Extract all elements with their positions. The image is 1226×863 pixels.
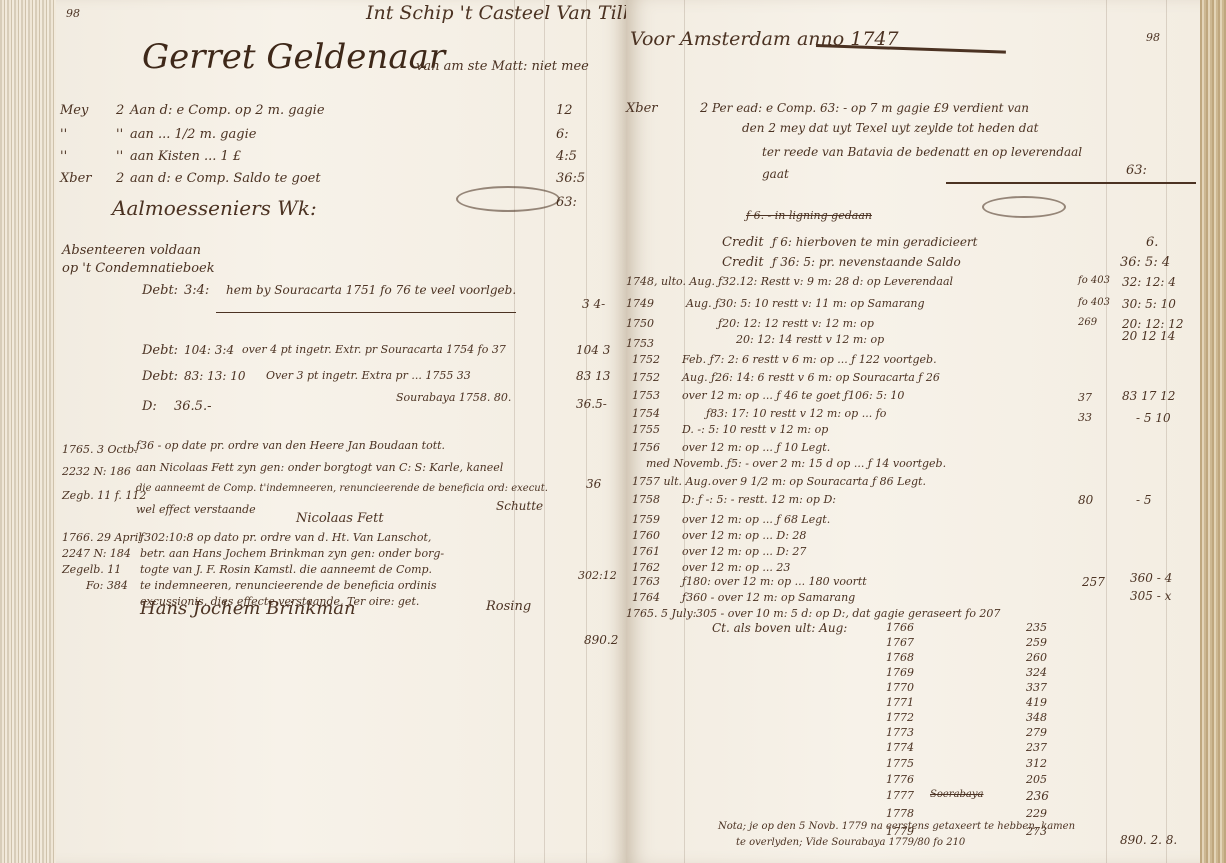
attestation-ref: Zegb. 11 f. 112: [62, 490, 146, 501]
entry-month: '': [60, 150, 67, 163]
entry-year: 1756: [632, 442, 660, 453]
entry-text: D: ƒ -: 5: - restt. 12 m: op D:: [682, 494, 836, 505]
attestation-line: ƒ36 - op date pr. ordre van den Heere Ja…: [136, 440, 445, 451]
entry-text: aan d: e Comp. Saldo te goet: [130, 172, 321, 185]
entry-year: 1764: [632, 592, 660, 603]
entry-amount: 4:5: [556, 150, 577, 163]
entry-year: 1753: [626, 338, 654, 349]
row-folio: 229: [1026, 808, 1047, 819]
page-edges-right: [1200, 0, 1226, 863]
entry-text: over 12 m: op ... 23: [682, 562, 790, 573]
continuation-label: Ct. als boven ult: Aug:: [712, 622, 847, 634]
debit-amount: 36.5.-: [174, 400, 211, 413]
row-year: 1768: [886, 652, 914, 663]
entry-year: 1759: [632, 514, 660, 525]
struck-entry: ƒ 6. - in ligning gedaan: [746, 210, 872, 221]
credit-text: ƒ 36: 5: pr. nevenstaande Saldo: [772, 256, 961, 268]
entry-year: 1760: [632, 530, 660, 541]
nota-line2: te overlyden; Vide Sourabaya 1779/80 fo …: [736, 838, 965, 848]
row-folio: 259: [1026, 637, 1047, 648]
right-page: Voor Amsterdam anno 1747 98 Xber 2 Per e…: [626, 0, 1202, 863]
entry-text: aan Kisten ... 1 £: [130, 150, 241, 163]
entry-line: den 2 mey dat uyt Texel uyt zeylde tot h…: [742, 122, 1038, 134]
entry-amount: 360 - 4: [1130, 572, 1172, 584]
debit-label: Debt:: [142, 344, 178, 357]
entry-folio: 80: [1078, 494, 1093, 506]
entry-text: Aug. ƒ26: 14: 6 restt v 6 m: op Souracar…: [682, 372, 940, 383]
entry-amount: 63:: [1126, 164, 1147, 177]
entry-year: 1762: [632, 562, 660, 573]
entry-text: over 12 m: op ... ƒ 46 te goet ƒ106: 5: …: [682, 390, 904, 401]
debit-amount: 3:4:: [184, 284, 209, 297]
entry-folio: fo 403: [1078, 298, 1110, 308]
ledger-book: 98 Int Schip 't Casteel Van Tilburg Gerr…: [0, 0, 1226, 863]
continuation-row: 1770337: [886, 682, 1106, 697]
entry-year: 1755: [632, 424, 660, 435]
continuation-row: 1773279: [886, 727, 1106, 742]
entry-text: ƒ20: 12: 12 restt v: 12 m: op: [718, 318, 874, 329]
page-number-left: 98: [66, 8, 80, 19]
nota-line1: Nota; je op den 5 Novb. 1779 na eerstens…: [718, 822, 1075, 832]
page-total-left: 890.2: [584, 634, 618, 646]
person-role: van am ste Matt: niet mee: [416, 60, 589, 73]
attestation-margin: 302:12: [578, 570, 617, 581]
entry-day: 2: [700, 102, 708, 115]
row-folio: 312: [1026, 758, 1047, 769]
entry-year: 1763: [632, 576, 660, 587]
row-folio: 337: [1026, 682, 1047, 693]
attestation-line: betr. aan Hans Jochem Brinkman zyn gen: …: [140, 548, 444, 559]
person-name: Gerret Geldenaar: [142, 40, 445, 74]
entry-amount: - 5: [1136, 494, 1152, 506]
entry-amount: 36:5: [556, 172, 585, 185]
debit-label: Debt:: [142, 370, 178, 383]
flourish: [456, 186, 560, 212]
entry-year: 1761: [632, 546, 660, 557]
subheading: Aalmoesseniers Wk:: [112, 198, 317, 218]
row-folio: 205: [1026, 774, 1047, 785]
row-year: 1776: [886, 774, 914, 785]
entry-line: gaat: [762, 168, 789, 180]
witness-signature: Rosing: [486, 600, 531, 613]
attestation-ref: 1765. 3 Octb.: [62, 444, 138, 455]
row-folio: 324: [1026, 667, 1047, 678]
entry-amount: - 5 10: [1136, 412, 1171, 424]
entry-year: 1753: [632, 390, 660, 401]
witness-signature: Schutte: [496, 500, 543, 512]
entry-year: 1749: [626, 298, 654, 309]
entry-amount: 30: 5: 10: [1122, 298, 1176, 310]
row-year: 1769: [886, 667, 914, 678]
row-folio: 419: [1026, 697, 1047, 708]
attestation-line: ƒ302:10:8 op dato pr. ordre van d. Ht. V…: [140, 532, 431, 543]
entry-amount: 305 - x: [1130, 590, 1171, 602]
ship-line: Int Schip 't Casteel Van Tilburg: [366, 4, 668, 23]
entry-folio: fo 403: [1078, 276, 1110, 286]
entry-text: ƒ32.12: Restt v: 9 m: 28 d: op Leverenda…: [718, 276, 953, 287]
absentee-note-line1: Absenteeren voldaan: [62, 244, 201, 257]
entry-day: '': [116, 150, 123, 163]
attestation-ref: Fo: 384: [86, 580, 128, 591]
entry-text: med Novemb. ƒ5: - over 2 m: 15 d op ... …: [646, 458, 946, 469]
row-year: 1775: [886, 758, 914, 769]
row-folio: 235: [1026, 622, 1047, 633]
entry-day: 2: [116, 172, 124, 185]
entry-folio: 257: [1082, 576, 1105, 588]
attestation-line: te indemneeren, renuncieerende de benefi…: [140, 580, 437, 591]
row-folio: 236: [1026, 790, 1049, 802]
continuation-row: 1777Soerabaya236: [886, 790, 1106, 808]
underline: [216, 312, 516, 313]
debit-amount: 104: 3:4: [184, 344, 234, 356]
entry-text: 305 - over 10 m: 5 d: op D:, dat gagie g…: [696, 608, 1000, 619]
entry-month: Xber: [60, 172, 91, 185]
entry-year: 1754: [632, 408, 660, 419]
entry-amount: 20 12 14: [1122, 330, 1175, 342]
continuation-row: 1771419: [886, 697, 1106, 712]
absentee-note-line2: op 't Condemnatieboek: [62, 262, 215, 275]
entry-text: Aan d: e Comp. op 2 m. gagie: [130, 104, 325, 117]
row-note: Soerabaya: [930, 790, 984, 800]
entry-year: 1765. 5 July:: [626, 608, 696, 619]
entry-text: over 12 m: op ... D: 28: [682, 530, 806, 541]
credit-amount: 6.: [1146, 236, 1158, 249]
entry-text: over 12 m: op ... ƒ 10 Legt.: [682, 442, 830, 453]
credit-label: Credit: [722, 256, 764, 269]
debit-label: Debt:: [142, 284, 178, 297]
debit-text: Over 3 pt ingetr. Extra pr ... 1755 33: [266, 370, 471, 381]
debit-margin: 3 4-: [582, 298, 605, 310]
continuation-row: 1772348: [886, 712, 1106, 727]
entry-day: 2: [116, 104, 124, 117]
continuation-row: 1766235: [886, 622, 1106, 637]
entry-year: 1758: [632, 494, 660, 505]
attestation-ref: 1766. 29 April: [62, 532, 142, 543]
entry-year: 1752: [632, 372, 660, 383]
entry-month: Mey: [60, 104, 88, 117]
row-year: 1771: [886, 697, 914, 708]
debit-margin: 104 3: [576, 344, 610, 356]
page-edges-left: [0, 0, 60, 863]
continuation-row: 1768260: [886, 652, 1106, 667]
credit-text: ƒ 6: hierboven te min geradicieert: [772, 236, 978, 248]
entry-year: 1752: [632, 354, 660, 365]
entry-line: ter reede van Batavia de bedenatt en op …: [762, 146, 1082, 158]
credit-label: Credit: [722, 236, 764, 249]
row-year: 1773: [886, 727, 914, 738]
entry-folio: 33: [1078, 412, 1092, 423]
attestation-ref: 2247 N: 184: [62, 548, 131, 559]
entry-text: ƒ83: 17: 10 restt v 12 m: op ... fo: [706, 408, 886, 419]
debit-label: D:: [142, 400, 157, 413]
debit-text: hem by Souracarta 1751 fo 76 te veel voo…: [226, 284, 516, 296]
continuation-rows: 1766235 1767259 1768260 1769324 1770337 …: [886, 622, 1106, 844]
entry-year: 1748, ulto. Aug.: [626, 276, 715, 287]
entry-amount: 32: 12: 4: [1122, 276, 1176, 288]
attestation-ref: 2232 N: 186: [62, 466, 131, 477]
attestation-line: aan Nicolaas Fett zyn gen: onder borgtog…: [136, 462, 503, 473]
entry-text: Aug. ƒ30: 5: 10 restt v: 11 m: op Samara…: [686, 298, 925, 309]
entry-text: ƒ180: over 12 m: op ... 180 voortt: [682, 576, 867, 587]
entry-text: aan ... 1/2 m. gagie: [130, 128, 256, 141]
entry-amount: 83 17 12: [1122, 390, 1175, 402]
attestation-line: die aanneemt de Comp. t'indemneeren, ren…: [136, 484, 548, 494]
row-year: 1778: [886, 808, 914, 819]
row-year: 1766: [886, 622, 914, 633]
entry-text: D. -: 5: 10 restt v 12 m: op: [682, 424, 828, 435]
entry-year: 1750: [626, 318, 654, 329]
attestation-line: togte van J. F. Rosin Kamstl. die aannee…: [140, 564, 432, 575]
continuation-row: 1769324: [886, 667, 1106, 682]
entry-amount: 12: [556, 104, 573, 117]
entry-year: 1757 ult. Aug.: [632, 476, 711, 487]
entry-day: '': [116, 128, 123, 141]
signature: Hans Jochem Brinkman: [140, 600, 356, 618]
entry-text: over 9 1/2 m: op Souracarta ƒ 86 Legt.: [712, 476, 926, 487]
row-year: 1767: [886, 637, 914, 648]
debit-margin: 36.5-: [576, 398, 607, 410]
entry-text: 20: 12: 14 restt v 12 m: op: [736, 334, 884, 345]
row-folio: 348: [1026, 712, 1047, 723]
debit-amount: 83: 13: 10: [184, 370, 246, 382]
attestation-margin: 36: [586, 478, 601, 490]
page-number-right: 98: [1146, 32, 1160, 43]
entry-folio: 269: [1078, 318, 1097, 328]
entry-line: Per ead: e Comp. 63: - op 7 m gagie £9 v…: [712, 102, 1029, 114]
entry-month: '': [60, 128, 67, 141]
entry-amount: 6:: [556, 128, 569, 141]
row-year: 1772: [886, 712, 914, 723]
debit-text: Sourabaya 1758. 80.: [396, 392, 511, 403]
entry-month: Xber: [626, 102, 657, 115]
row-folio: 237: [1026, 742, 1047, 753]
left-page: 98 Int Schip 't Casteel Van Tilburg Gerr…: [56, 0, 626, 863]
entry-folio: 37: [1078, 392, 1092, 403]
row-folio: 260: [1026, 652, 1047, 663]
entry-text: over 12 m: op ... ƒ 68 Legt.: [682, 514, 830, 525]
credit-amount: 36: 5: 4: [1120, 256, 1170, 269]
debit-text: over 4 pt ingetr. Extr. pr Souracarta 17…: [242, 344, 506, 355]
continuation-row: 1775312: [886, 758, 1106, 774]
row-year: 1770: [886, 682, 914, 693]
entry-text: over 12 m: op ... D: 27: [682, 546, 806, 557]
continuation-row: 1774237: [886, 742, 1106, 758]
row-year: 1777: [886, 790, 914, 801]
entry-text: ƒ360 - over 12 m: op Samarang: [682, 592, 855, 603]
continuation-row: 1767259: [886, 637, 1106, 652]
debit-margin: 83 13: [576, 370, 610, 382]
flourish: [982, 196, 1066, 218]
row-year: 1774: [886, 742, 914, 753]
continuation-row: 1776205: [886, 774, 1106, 790]
row-folio: 279: [1026, 727, 1047, 738]
attestation-line: wel effect verstaande: [136, 504, 256, 515]
signature: Nicolaas Fett: [296, 512, 384, 525]
page-total-right: 890. 2. 8.: [1120, 834, 1177, 846]
attestation-ref: Zegelb. 11: [62, 564, 121, 575]
entry-text: Feb. ƒ7: 2: 6 restt v 6 m: op ... ƒ 122 …: [682, 354, 937, 365]
total-rule: [946, 182, 1196, 184]
